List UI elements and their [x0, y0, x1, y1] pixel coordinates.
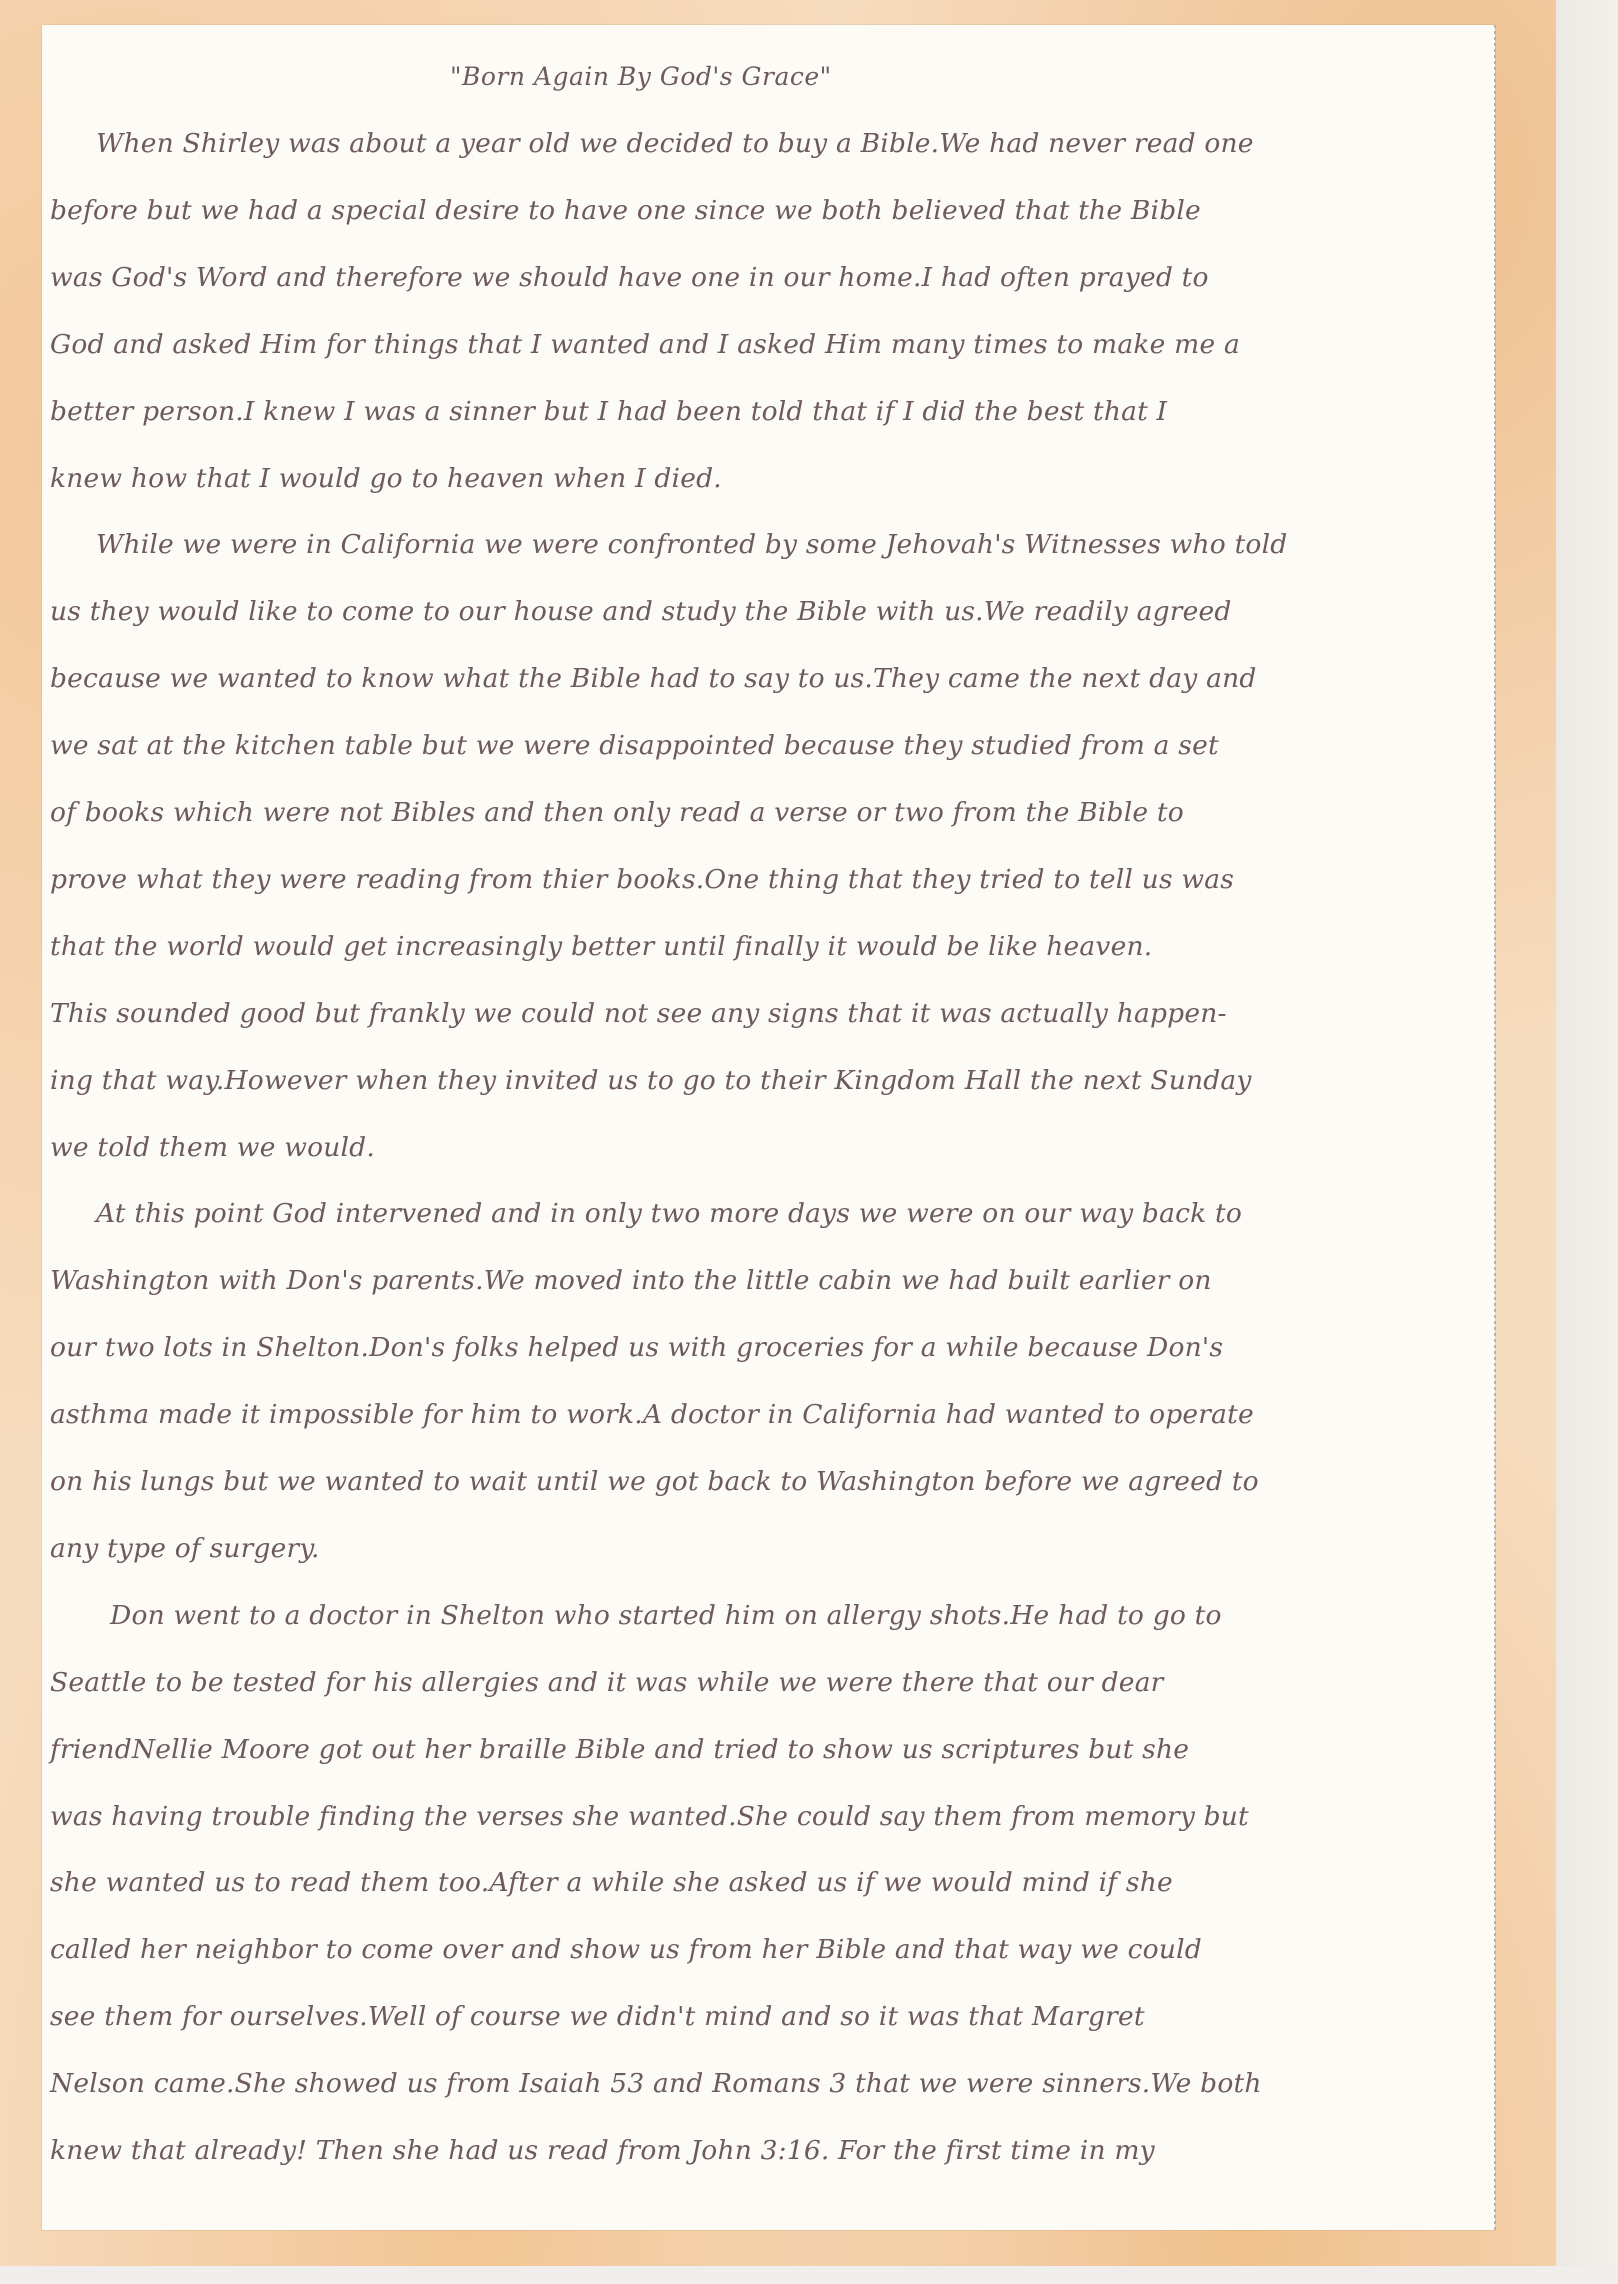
- text-line: see them for ourselves.Well of course we…: [50, 2001, 1145, 2032]
- text-line: Nelson came.She showed us from Isaiah 53…: [50, 2068, 1262, 2099]
- text-line: God and asked Him for things that I want…: [50, 329, 1240, 360]
- text-line: called her neighbor to come over and sho…: [50, 1934, 1202, 1965]
- text-line: because we wanted to know what the Bible…: [50, 663, 1257, 694]
- text-line: Seattle to be tested for his allergies a…: [50, 1667, 1164, 1698]
- text-line: When Shirley was about a year old we dec…: [96, 128, 1254, 159]
- text-line: better person.I knew I was a sinner but …: [50, 396, 1167, 427]
- text-line: of books which were not Bibles and then …: [50, 797, 1184, 828]
- text-line: At this point God intervened and in only…: [96, 1198, 1242, 1229]
- text-line: us they would like to come to our house …: [50, 596, 1232, 627]
- page-edge: [1494, 25, 1496, 2230]
- text-line: we told them we would.: [50, 1132, 375, 1163]
- text-line: we sat at the kitchen table but we were …: [50, 730, 1219, 761]
- scanner-bed-strip: [0, 2266, 1618, 2284]
- text-line: Washington with Don's parents.We moved i…: [50, 1265, 1212, 1296]
- text-line: that the world would get increasingly be…: [50, 931, 1152, 962]
- document-title: "Born Again By God's Grace": [450, 62, 832, 91]
- text-line: Don went to a doctor in Shelton who star…: [110, 1600, 1222, 1631]
- text-line: on his lungs but we wanted to wait until…: [50, 1466, 1259, 1497]
- text-line: knew that already! Then she had us read …: [50, 2135, 1155, 2166]
- text-line: was having trouble finding the verses sh…: [50, 1801, 1249, 1832]
- text-line: our two lots in Shelton.Don's folks help…: [50, 1332, 1223, 1363]
- text-line: This sounded good but frankly we could n…: [50, 998, 1227, 1029]
- text-line: asthma made it impossible for him to wor…: [50, 1399, 1254, 1430]
- text-line: While we were in California we were conf…: [96, 529, 1287, 560]
- text-line: was God's Word and therefore we should h…: [50, 262, 1209, 293]
- text-line: ing that way.However when they invited u…: [50, 1065, 1252, 1096]
- text-line: prove what they were reading from thier …: [50, 864, 1234, 895]
- text-line: any type of surgery.: [50, 1533, 320, 1564]
- text-line: knew how that I would go to heaven when …: [50, 463, 722, 494]
- text-line: she wanted us to read them too.After a w…: [50, 1867, 1173, 1898]
- text-line: friendNellie Moore got out her braille B…: [50, 1734, 1189, 1765]
- text-line: before but we had a special desire to ha…: [50, 195, 1201, 226]
